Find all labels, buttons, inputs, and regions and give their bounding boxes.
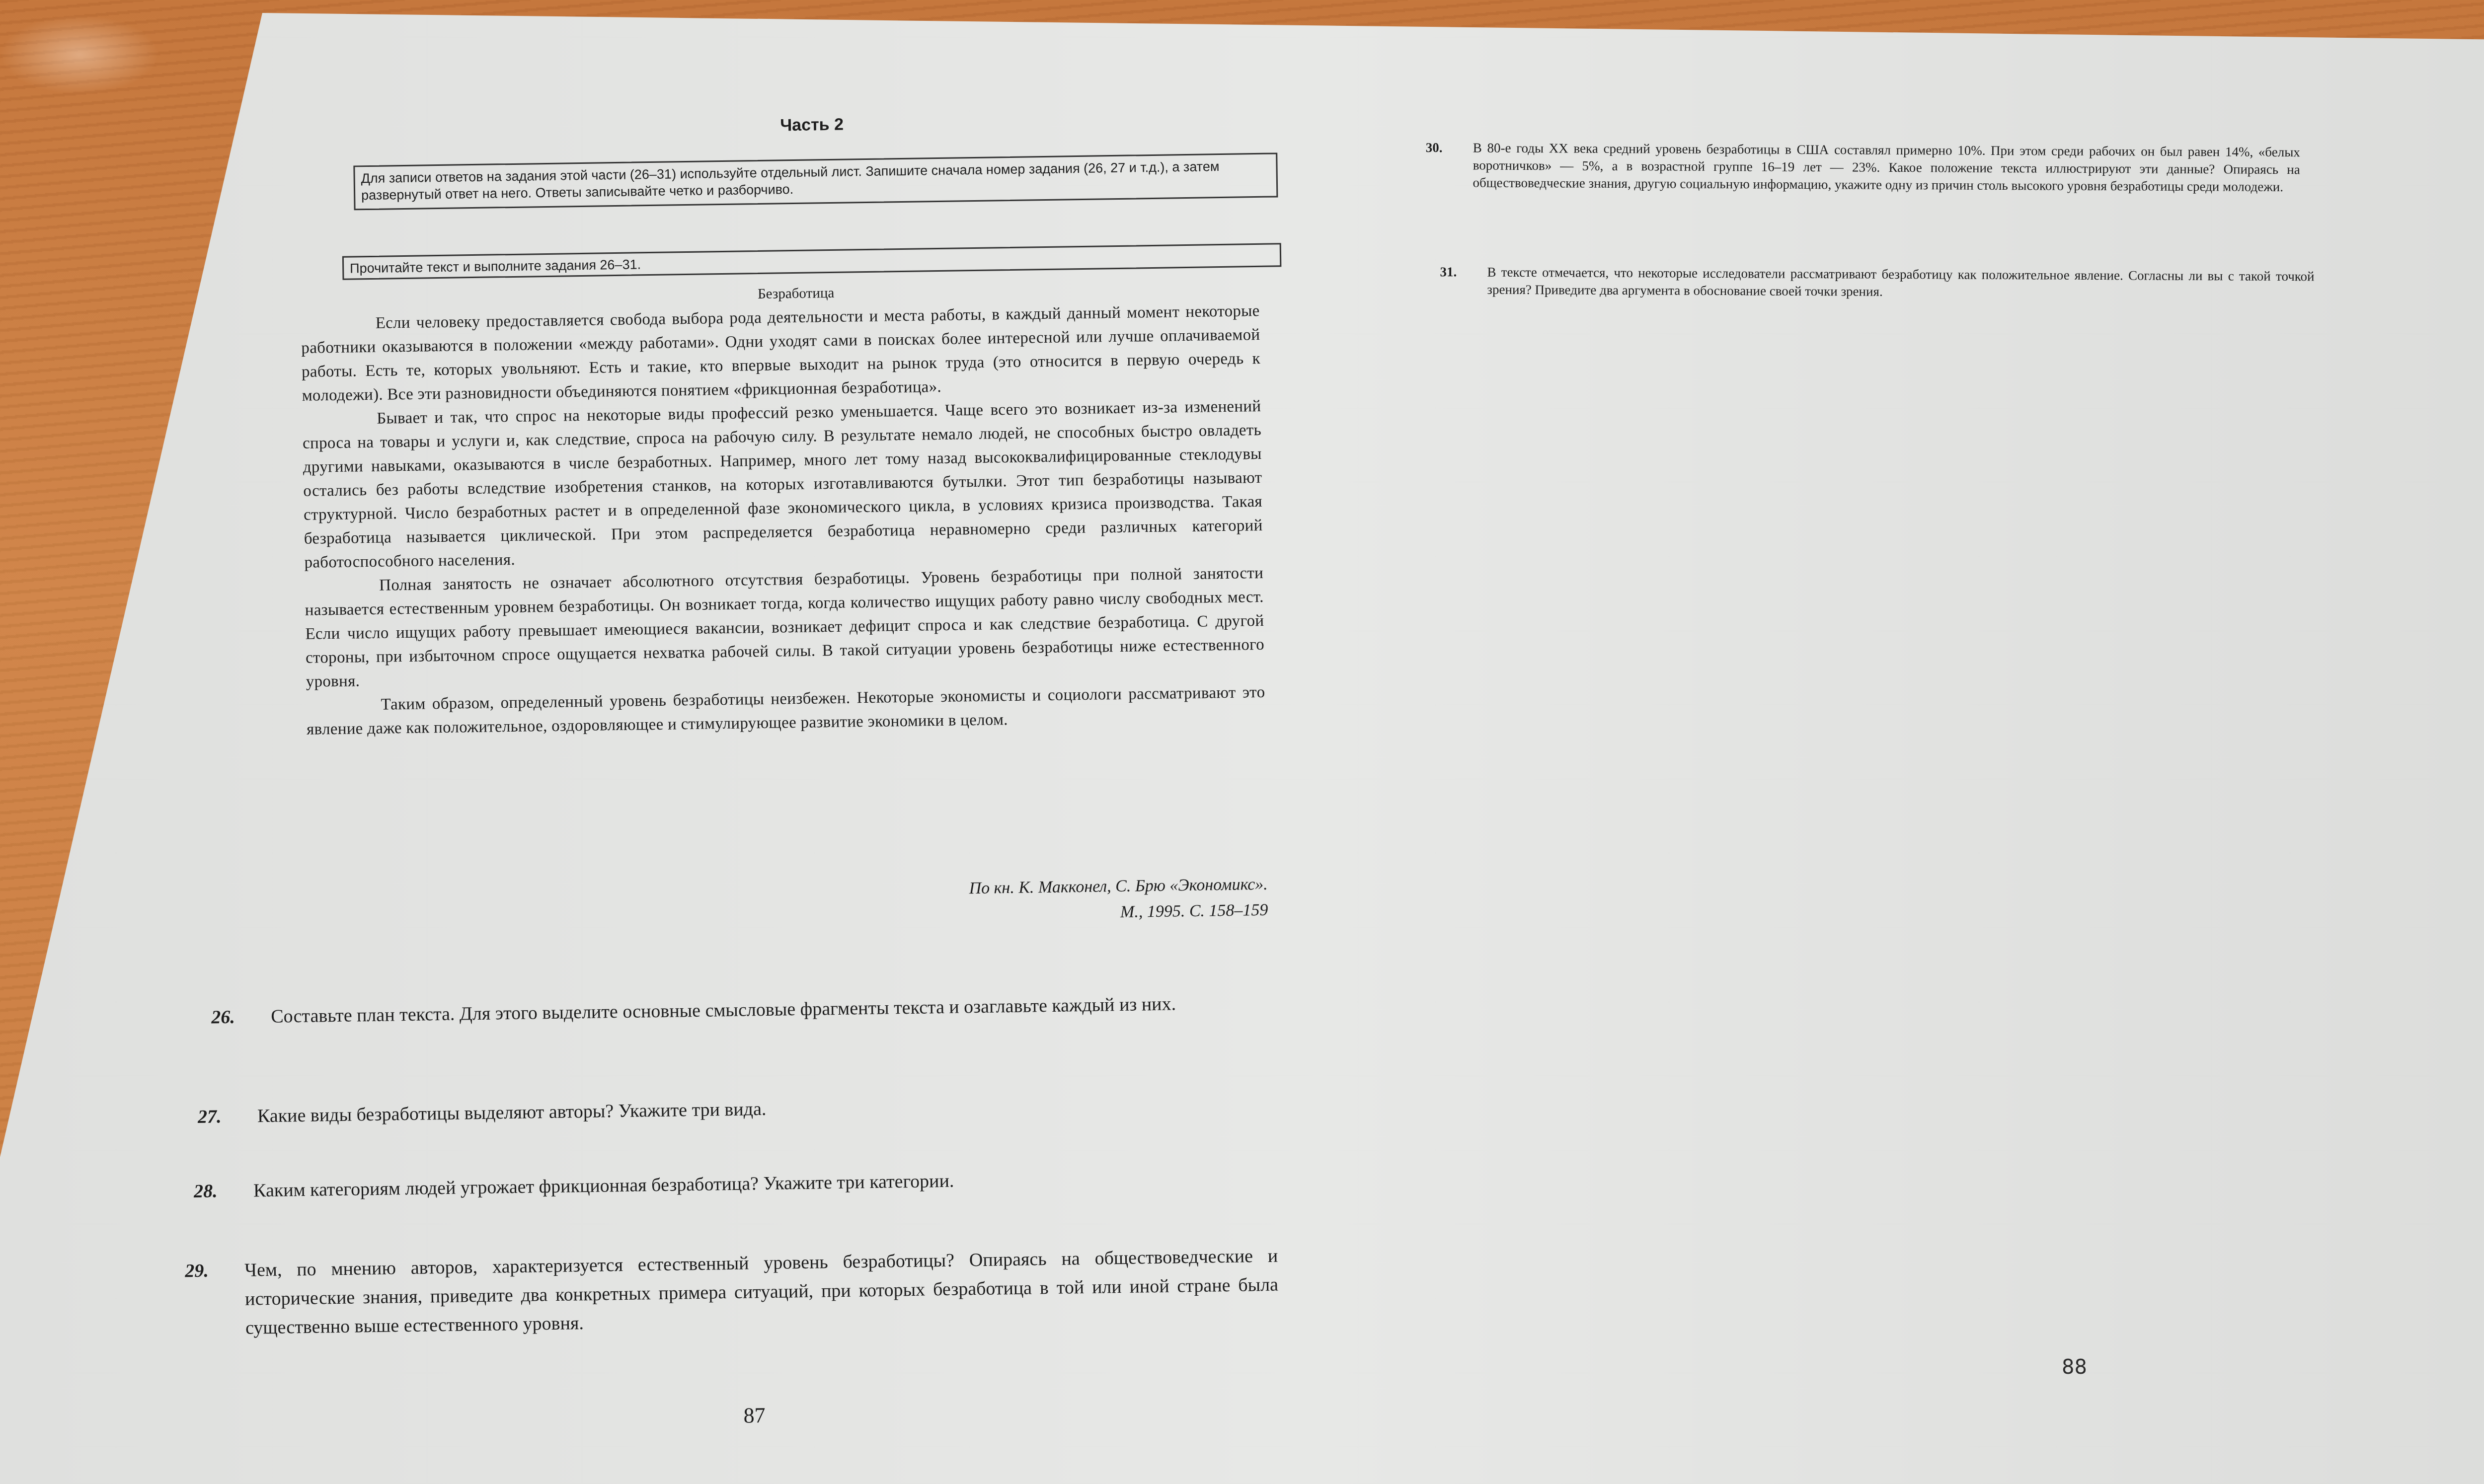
- question-number: 28.: [194, 1177, 218, 1206]
- article-text: Если человеку предоставляется свобода вы…: [301, 299, 1265, 742]
- paragraph: Полная занятость не означает абсолютного…: [305, 561, 1265, 694]
- question-29: 29. Чем, по мнению авторов, характеризуе…: [185, 1242, 1279, 1343]
- question-text: В тексте отмечается, что некоторые иссле…: [1487, 264, 2314, 303]
- page-number-right: 88: [2062, 1356, 2087, 1379]
- question-30: 30. В 80-е годы XX века средний уровень …: [1425, 139, 2300, 196]
- question-number: 26.: [211, 1003, 235, 1032]
- part-title: Часть 2: [780, 115, 844, 136]
- question-text: В 80-е годы XX века средний уровень безр…: [1473, 139, 2300, 196]
- question-number: 31.: [1440, 263, 1457, 281]
- page-number: 87: [743, 1403, 766, 1428]
- question-text: Чем, по мнению авторов, характеризуется …: [244, 1242, 1279, 1342]
- question-number: 29.: [185, 1257, 209, 1286]
- question-31: 31. В тексте отмечается, что некоторые и…: [1440, 263, 2314, 302]
- question-number: 30.: [1426, 139, 1443, 156]
- paragraph: Бывает и так, что спрос на некоторые вид…: [302, 394, 1263, 575]
- question-number: 27.: [198, 1102, 222, 1131]
- source-citation: По кн. К. Макконел, С. Брю «Экономикс». …: [696, 872, 1268, 931]
- text-title: Безработица: [758, 285, 835, 302]
- paragraph: Если человеку предоставляется свобода вы…: [301, 299, 1260, 408]
- desk-surface: [0, 15, 159, 94]
